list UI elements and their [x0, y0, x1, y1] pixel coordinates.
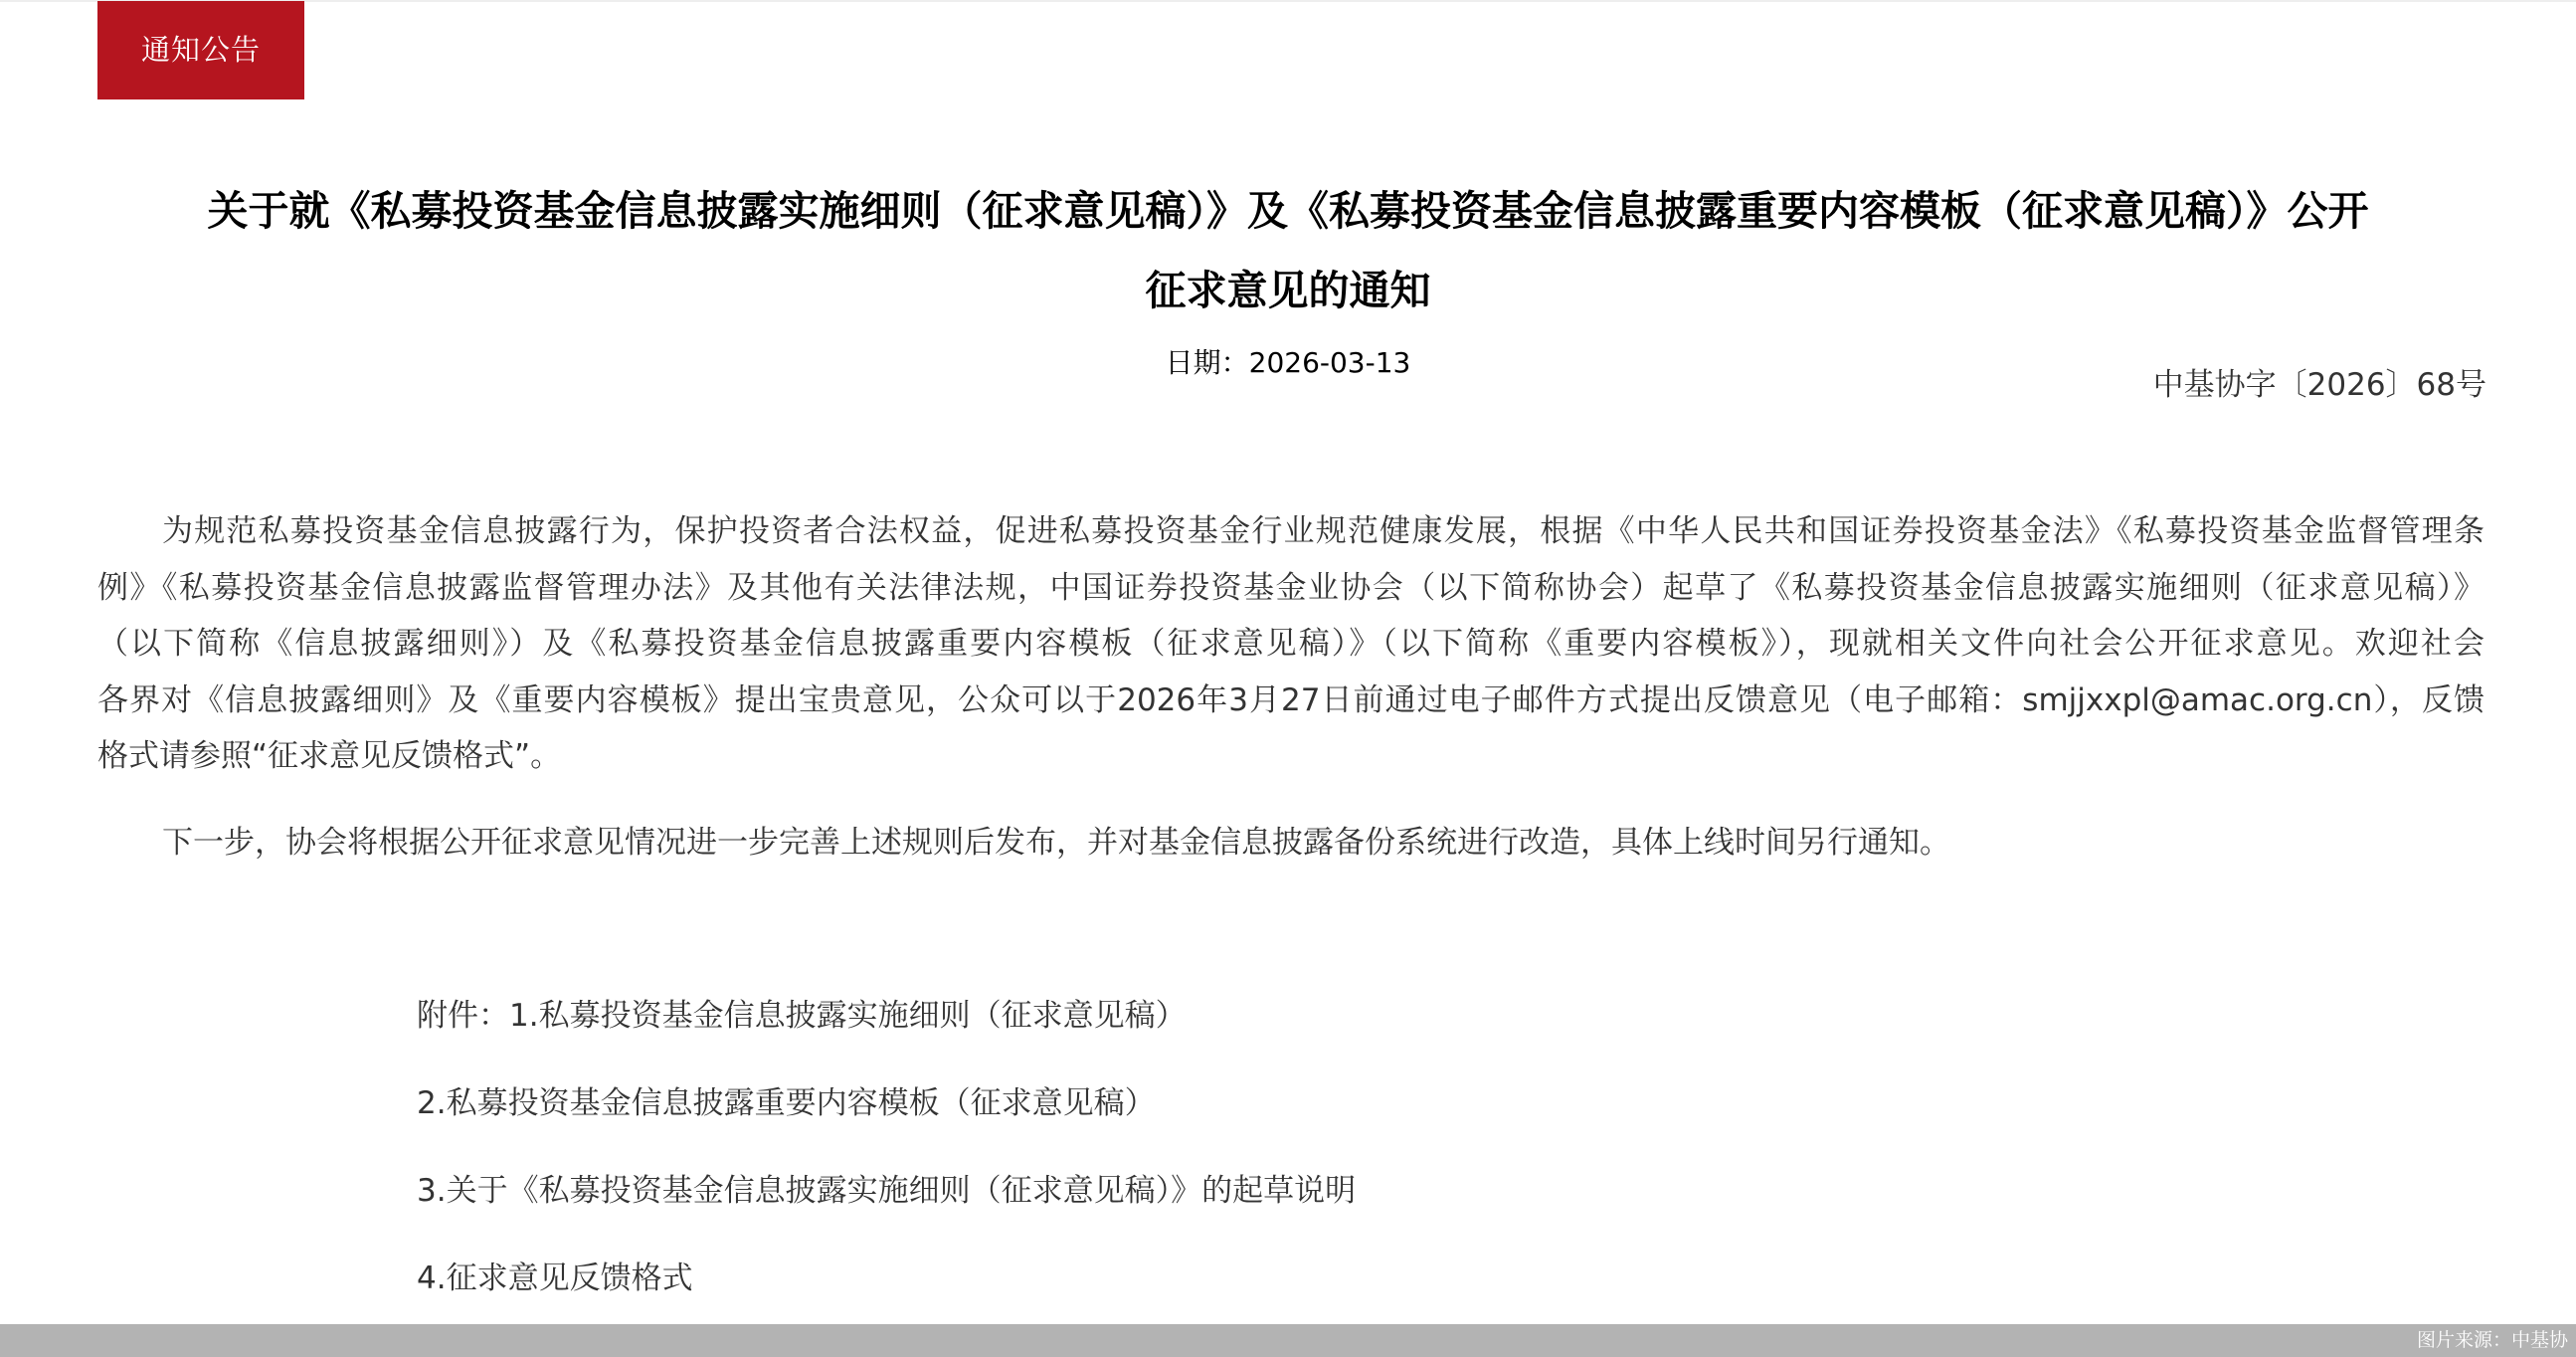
paragraph-1: 为规范私募投资基金信息披露行为，保护投资者合法权益，促进私募投资基金行业规范健康… [97, 503, 2484, 785]
title-line-2: 征求意见的通知 [40, 251, 2536, 330]
attachment-list: 附件：1.私募投资基金信息披露实施细则（征求意见稿） 2.私募投资基金信息披露重… [417, 991, 1356, 1341]
category-tag-notice[interactable]: 通知公告 [97, 1, 304, 99]
paragraph-2: 下一步，协会将根据公开征求意见情况进一步完善上述规则后发布，并对基金信息披露备份… [97, 815, 1950, 872]
top-divider [0, 0, 2576, 2]
attachment-item-2[interactable]: 2.私募投资基金信息披露重要内容模板（征求意见稿） [417, 1078, 1356, 1166]
paragraph-line: 下一步，协会将根据公开征求意见情况进一步完善上述规则后发布，并对基金信息披露备份… [97, 815, 1950, 872]
paragraph-line: 各界对《信息披露细则》及《重要内容模板》提出宝贵意见，公众可以于2026年3月2… [97, 673, 2484, 729]
paragraph-line: 格式请参照“征求意见反馈格式”。 [97, 728, 2484, 785]
attachment-item-3[interactable]: 3.关于《私募投资基金信息披露实施细则（征求意见稿）》的起草说明 [417, 1166, 1356, 1254]
page-title: 关于就《私募投资基金信息披露实施细则（征求意见稿）》及《私募投资基金信息披露重要… [40, 171, 2536, 330]
paragraph-line: 例》《私募投资基金信息披露监督管理办法》及其他有关法律法规，中国证券投资基金业协… [97, 560, 2484, 617]
document-number: 中基协字〔2026〕68号 [2153, 363, 2486, 407]
paragraph-line: 为规范私募投资基金信息披露行为，保护投资者合法权益，促进私募投资基金行业规范健康… [97, 503, 2484, 560]
notice-body: 为规范私募投资基金信息披露行为，保护投资者合法权益，促进私募投资基金行业规范健康… [97, 503, 2484, 785]
image-source-caption: 图片来源：中基协 [2417, 1324, 2568, 1357]
title-line-1: 关于就《私募投资基金信息披露实施细则（征求意见稿）》及《私募投资基金信息披露重要… [40, 171, 2536, 251]
paragraph-line: （以下简称《信息披露细则》）及《私募投资基金信息披露重要内容模板（征求意见稿）》… [97, 616, 2484, 673]
attachment-item-1[interactable]: 附件：1.私募投资基金信息披露实施细则（征求意见稿） [417, 991, 1356, 1078]
image-source-bar: 图片来源：中基协 [0, 1324, 2576, 1357]
